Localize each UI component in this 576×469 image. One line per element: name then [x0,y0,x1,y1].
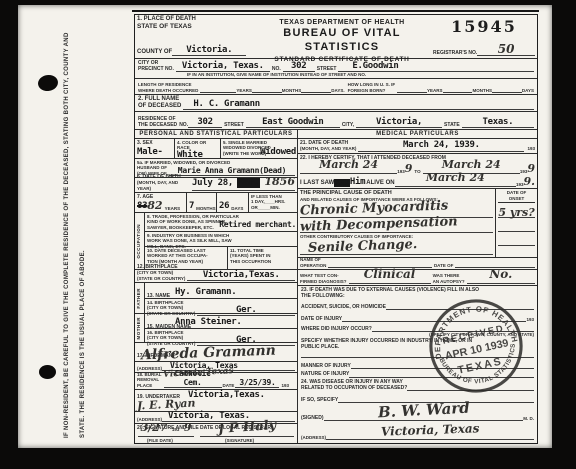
signed-line: B. W. Ward [324,402,524,421]
burial-year-stub: 193 [281,383,289,388]
last-saw-him: Him [350,178,365,187]
residence-city-label: CITY, [342,122,354,128]
last-saw-date-line: March 24 [395,168,516,187]
marital-value: Widowed [260,148,296,157]
state-of-texas-label: STATE OF TEXAS [137,23,251,31]
age-days-value: 26 [219,202,229,211]
place-of-death-label: 1. PLACE OF DEATH [137,16,251,23]
blank-line [492,92,522,93]
blank-line [397,92,427,93]
father-name-value: Hy. Gramann. [175,288,236,297]
physician-address-label: (ADDRESS) [301,435,326,440]
full-name-row: 2. FULL NAME OF DECEASED H. C. Gramann [135,95,537,112]
autopsy-value-line: No. [467,265,535,284]
undertaker-value: Victoria,Texas. [188,391,265,400]
registrar-year-hand: 9 [184,421,192,434]
blank-line [498,232,535,246]
mother-group: MOTHER 15. MAIDEN NAME Anna Steiner. 16.… [135,314,297,343]
father-side-label: FATHER [135,283,145,313]
physician-address-line: Victoria, Texas [326,421,534,440]
undertaker-signature: J. E. Ryan [137,397,196,411]
dob-label: 6. DATE OF BIRTH (MONTH, DAY, AND YEAR) [137,174,190,191]
informant-value: Alfreda Gramann [141,344,276,363]
certificate-form: 1. PLACE OF DEATH STATE OF TEXAS COUNTY … [134,14,538,444]
age-days-label: DAYS [231,206,243,211]
header-row: 1. PLACE OF DEATH STATE OF TEXAS COUNTY … [135,15,537,59]
birthplace-row: 12. BIRTHPLACE (CITY OR TOWN) (STATE OR … [135,270,297,283]
file-date-caption: (FILE DATE) [147,439,173,444]
mother-name-row: 15. MAIDEN NAME Anna Steiner. [145,314,297,329]
father-group: FATHER 13. NAME Hy. Gramann. 14. BIRTHPL… [135,283,297,314]
residence-state-label: STATE [444,122,460,128]
length-of-residence-row: LENGTH OF RESIDENCE WHERE DEATH OCCURRED… [135,79,537,95]
length-residence-label: LENGTH OF RESIDENCE WHERE DEATH OCCURRED [138,82,198,93]
mother-side-label: MOTHER [135,314,145,342]
age-row: 7. AGE 83 82 YEARS 7 MONTHS 26 DAYS IF [135,193,297,213]
blank-line [443,92,473,93]
mother-name-value: Anna Steiner. [175,318,242,327]
registrar-year-stub: 193 [172,427,180,432]
street-value: E.Goodwin [338,62,412,72]
burial-date-label: DATE [223,383,235,388]
birthplace-label: 12. BIRTHPLACE (CITY OR TOWN) (STATE OR … [137,264,185,281]
marital-cell: 5. SINGLE MARRIED WIDOWED DIVORCED (WRIT… [221,139,297,158]
dob-typed: July 28, [192,178,233,188]
last-saw-line: I LAST SAW XXX Him ALIVE ON March 24 193… [300,174,535,187]
operation-date-label: DATE OF [434,263,453,268]
medical-section-title: MEDICAL PARTICULARS [298,130,537,139]
city-precinct-row: CITY OR PRECINCT NO. Victoria, Texas. NO… [135,59,537,79]
blank-line [252,92,282,93]
undertaker-row: 19. UNDERTAKER Victoria,Texas. J. E. Rya… [135,390,297,412]
registrar-signature: J P Haly [218,419,277,436]
county-label: COUNTY OF [137,49,172,56]
bureau-title: BUREAU OF VITAL STATISTICS [255,27,429,55]
onset-label: DATE OF ONSET [498,190,535,203]
age-months-value: 7 [189,202,194,211]
blank-line [200,92,236,93]
last-saw-redacted: XXX [334,179,350,187]
date-of-death-stub: 193 [527,146,535,151]
residence-row: RESIDENCE OF THE DECEASED NO. 302 STREET… [135,112,537,130]
race-cell: 4. COLOR OR RACE White [175,139,221,158]
trade-row: 8. TRADE, PROFESSION, OR PARTICULAR KIND… [145,213,297,232]
residence-street-label: STREET [224,122,244,128]
residence-city-value: Victoria, [356,118,442,128]
dept-title: TEXAS DEPARTMENT OF HEALTH [255,18,429,27]
registrar-row: 20. SIGNATURE AND FILE DATE OF LOCAL REG… [135,424,297,443]
sex-value: Male- [137,148,172,157]
dob-row: 6. DATE OF BIRTH (MONTH, DAY, AND YEAR) … [135,178,297,193]
received-stamp: DEPARTMENT OF HEALTH BUREAU OF VITAL STA… [418,288,534,404]
age-years-label: YEARS [165,206,181,211]
signature-caption: (SIGNATURE) [225,439,254,444]
city-precinct-label: CITY OR PRECINCT NO. [138,60,174,73]
certificate-number: 15945 [433,19,535,35]
full-name-value: H. C. Gramann [183,100,534,110]
date-of-death-value: March 24, 1939. [358,141,524,151]
age-struck: 83 [137,202,147,211]
physician-signature: B. W. Ward [377,401,469,421]
years2-label: YEARS [427,88,443,93]
age-cell: 7. AGE 83 82 YEARS [135,193,187,212]
physician-address-value: Victoria, Texas [381,422,480,437]
residence-street-value: East Goodwin [246,118,340,128]
county-value: Victoria. [172,46,246,56]
date-of-death-row: 21. DATE OF DEATH (MONTH, DAY, AND YEAR)… [298,139,537,154]
blank-line [412,71,534,72]
personal-column: PERSONAL AND STATISTICAL PARTICULARS 3. … [135,130,298,443]
place-of-death-block: 1. PLACE OF DEATH STATE OF TEXAS COUNTY … [135,15,253,58]
medical-column: MEDICAL PARTICULARS 21. DATE OF DEATH (M… [298,130,537,443]
hole-punch-top [37,74,59,93]
registrar-signature-line: J P Haly [200,418,294,437]
burial-label: 18. BURIAL REMOVAL PLACE [137,372,162,388]
less-than-day-cell: IF LESS THAN 1 DAY,____HRS. OR_____MIN. [249,193,297,212]
burial-date-value: 3/25/39. [235,379,279,388]
days2-label: DAYS [522,88,534,93]
personal-section-title: PERSONAL AND STATISTICAL PARTICULARS [135,130,297,139]
age-label: 7. AGE [137,194,153,200]
registrar-no-line: REGISTRAR'S NO. 50 [433,43,535,56]
attended-from-line: March 24 [300,155,397,174]
signed-row: (SIGNED) B. W. Ward M. D. [298,403,537,421]
years-label: YEARS [236,88,252,93]
residence-state-value: Texas. [462,118,534,128]
blank-line [301,92,331,93]
title-block: TEXAS DEPARTMENT OF HEALTH BUREAU OF VIT… [253,15,431,58]
certificate-page: IF NON-RESIDENT, BE CAREFUL TO GIVE THE … [18,5,552,448]
registrar-file-date-line: 3/27 193 9 [138,418,194,437]
informant-row: 17. INFORMANT Alfreda Gramann [135,343,297,362]
county-line: COUNTY OF Victoria. [137,46,251,56]
days-cell: 26 DAYS [217,193,249,212]
full-name-label: 2. FULL NAME OF DECEASED [138,96,181,110]
residence-no-label: NO. [179,122,188,128]
registrar-no-value: 50 [477,43,535,56]
registrar-file-date: 3/27 [140,421,167,434]
total-time-cell: 11. TOTAL TIME (YEARS) SPENT IN THIS OCC… [228,247,297,269]
dob-redacted: Mar. [237,178,259,188]
cause-line-2: with Decompensation [300,218,493,233]
foreign-born-label: HOW LONG IN U. S. IF FOREIGN BORN? [348,82,396,93]
registrar-no-label: REGISTRAR'S NO. [433,50,477,56]
residence-label: RESIDENCE OF THE DECEASED [138,116,177,129]
residence-no-value: 302 [188,118,222,128]
age-months-label: MONTHS [196,206,216,211]
margin-note-line1: IF NON-RESIDENT, BE CAREFUL TO GIVE THE … [64,18,70,438]
burial-hand-overlay: Victoria Texas [163,367,234,380]
months2-label: MONTHS [472,88,492,93]
sex-race-marital-row: 3. SEX Male- 4. COLOR OR RACE White 5. S… [135,139,297,159]
onset-value-line: 5 yrs? [498,203,535,218]
test-autopsy-row: WHAT TEST CON- FIRMED DIAGNOSIS? Clinica… [298,270,537,286]
father-name-row: 13. NAME Hy. Gramann. [145,283,297,299]
cause-main-cell: THE PRINCIPAL CAUSE OF DEATH AND RELATED… [298,189,495,257]
cause-of-death-block: THE PRINCIPAL CAUSE OF DEATH AND RELATED… [298,189,537,258]
house-no-value: 302 [283,62,315,72]
days-label: DAYS. [331,88,344,93]
sex-cell: 3. SEX Male- [135,139,175,158]
industry-row: 9. INDUSTRY OR BUSINESS IN WHICH WORK WA… [145,232,297,247]
margin-note-line2: STATE. THE RESIDENCE IS THE USUAL PLACE … [80,108,86,438]
birthplace-value: Victoria,Texas. [187,271,295,281]
contributory-line: Senile Change. [300,240,493,255]
date-of-death-label: 21. DATE OF DEATH (MONTH, DAY, AND YEAR) [300,140,356,152]
physician-address-row: (ADDRESS) Victoria, Texas [298,421,537,443]
occupation-group: OCCUPATION 8. TRADE, PROFESSION, OR PART… [135,213,297,270]
form-columns: PERSONAL AND STATISTICAL PARTICULARS 3. … [135,130,537,443]
number-block: 15945 REGISTRAR'S NO. 50 [431,15,537,58]
informant-address-label: (ADDRESS) [137,366,162,371]
dob-value-line: July 28, Mar. 1856 [192,172,295,191]
test-value-line: Clinical [349,265,431,284]
hole-punch-bottom [39,365,56,379]
trade-value: Retired merchant. [219,221,296,229]
onset-cell: DATE OF ONSET 5 yrs? [495,189,537,257]
occupation-side-label: OCCUPATION [135,213,145,269]
certify-row: 22. I HEREBY CERTIFY, THAT I ATTENDED DE… [298,154,537,189]
burial-row: Victoria Texas 18. BURIAL REMOVAL PLACE … [135,373,297,390]
months-cell: 7 MONTHS [187,193,217,212]
months-label: MONTHS [282,88,302,93]
blank-line [498,218,535,232]
institution-note: IF IN AN INSTITUTION, GIVE NAME OF INSTI… [187,72,366,77]
dob-hand: 1856 [264,175,295,188]
city-precinct-value: Victoria, Texas. [176,62,270,72]
age-hand: 82 [147,200,162,211]
